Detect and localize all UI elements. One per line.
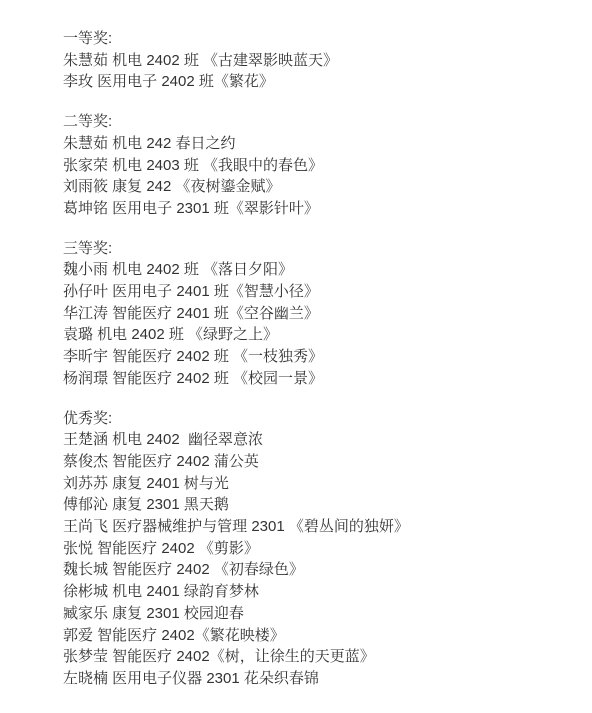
section-title: 一等奖: [63,28,572,50]
award-entry: 臧家乐 康复 2301 校园迎春 [63,603,572,625]
award-entry: 刘苏苏 康复 2401 树与光 [63,473,572,495]
award-entry: 张梦莹 智能医疗 2402《树，让徐生的天更蓝》 [63,646,572,668]
award-entry: 杨润璟 智能医疗 2402 班 《校园一景》 [63,368,572,390]
award-entry: 王尚飞 医疗器械维护与管理 2301 《碧丛间的独妍》 [63,516,572,538]
award-entry: 郭爱 智能医疗 2402《繁花映楼》 [63,625,572,647]
award-entry: 李玫 医用电子 2402 班《繁花》 [63,71,572,93]
award-entry: 张悦 智能医疗 2402 《剪影》 [63,538,572,560]
award-section-excellence-prize: 优秀奖: 王楚涵 机电 2402 幽径翠意浓 蔡俊杰 智能医疗 2402 蒲公英… [63,408,572,690]
award-entry: 魏长城 智能医疗 2402 《初春绿色》 [63,559,572,581]
award-entry: 朱慧茹 机电 242 春日之约 [63,133,572,155]
award-entry: 王楚涵 机电 2402 幽径翠意浓 [63,429,572,451]
award-entry: 李昕宇 智能医疗 2402 班 《一枝独秀》 [63,346,572,368]
award-entry: 蔡俊杰 智能医疗 2402 蒲公英 [63,451,572,473]
section-title: 二等奖: [63,111,572,133]
award-entry: 刘雨筱 康复 242 《夜树鎏金赋》 [63,176,572,198]
award-entry: 朱慧茹 机电 2402 班 《古建翠影映蓝天》 [63,50,572,72]
award-section-second-prize: 二等奖: 朱慧茹 机电 242 春日之约 张家荣 机电 2403 班 《我眼中的… [63,111,572,220]
award-entry: 袁璐 机电 2402 班 《绿野之上》 [63,324,572,346]
section-title: 三等奖: [63,238,572,260]
award-entry: 葛坤铭 医用电子 2301 班《翠影针叶》 [63,198,572,220]
award-entry: 左晓楠 医用电子仪器 2301 花朵织春锦 [63,668,572,690]
award-entry: 魏小雨 机电 2402 班 《落日夕阳》 [63,259,572,281]
award-entry: 张家荣 机电 2403 班 《我眼中的春色》 [63,155,572,177]
award-list-document: 一等奖: 朱慧茹 机电 2402 班 《古建翠影映蓝天》 李玫 医用电子 240… [0,0,592,713]
award-section-third-prize: 三等奖: 魏小雨 机电 2402 班 《落日夕阳》 孙仔叶 医用电子 2401 … [63,238,572,390]
award-entry: 傅郁沁 康复 2301 黑天鹅 [63,494,572,516]
award-entry: 徐彬城 机电 2401 绿韵育梦林 [63,581,572,603]
award-section-first-prize: 一等奖: 朱慧茹 机电 2402 班 《古建翠影映蓝天》 李玫 医用电子 240… [63,28,572,93]
award-entry: 华江涛 智能医疗 2401 班《空谷幽兰》 [63,303,572,325]
award-entry: 孙仔叶 医用电子 2401 班《智慧小径》 [63,281,572,303]
section-title: 优秀奖: [63,408,572,430]
